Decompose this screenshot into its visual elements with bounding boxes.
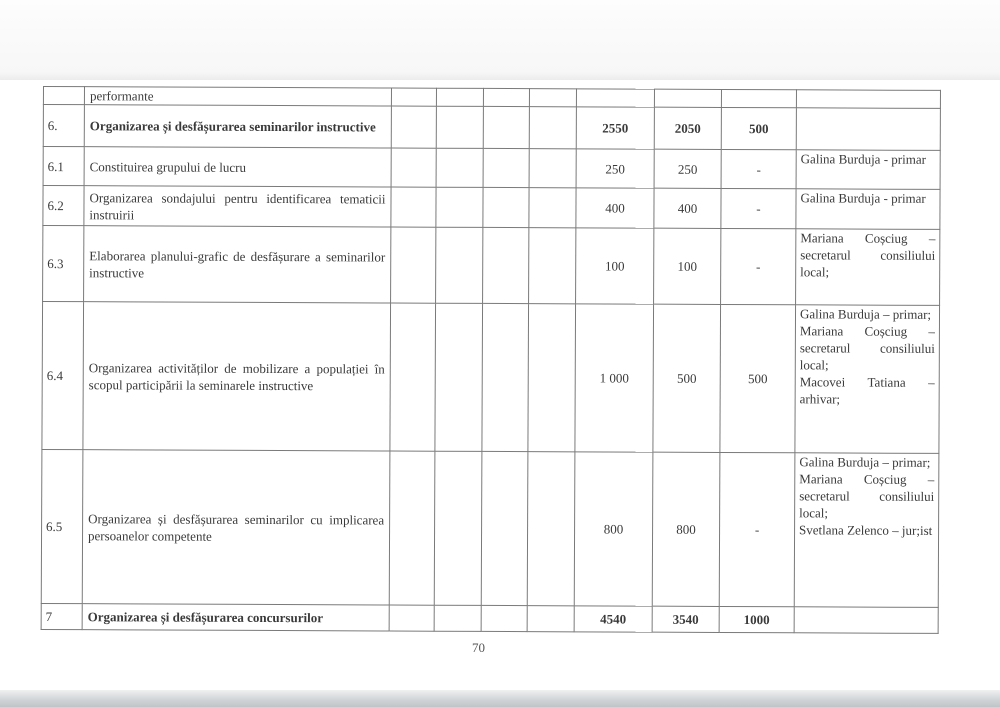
empty-cell [436, 187, 483, 227]
row-number: 6.1 [43, 147, 84, 186]
cost-other-sources: 500 [721, 107, 796, 149]
cost-local-budget: 3540 [652, 606, 719, 632]
responsible-person: Macovei Tatiana – arhivar; [800, 373, 935, 408]
empty-cell [434, 451, 482, 605]
empty-cell [529, 228, 576, 304]
cost-total: 400 [576, 188, 654, 228]
action-plan-table: performante6.Organizarea și desfășurarea… [41, 86, 941, 634]
responsible-persons [796, 90, 940, 109]
responsible-persons: Mariana Coșciug – secretarul consiliului… [796, 229, 940, 306]
cost-total: 4540 [574, 606, 652, 632]
empty-cell [528, 304, 576, 452]
empty-cell [481, 451, 528, 605]
row-number: 6.4 [42, 302, 84, 450]
responsible-person: Mariana Coșciug – secretarul consiliului… [799, 470, 934, 522]
scan-bottom-edge [0, 690, 1000, 707]
responsible-persons [794, 607, 938, 634]
empty-cell [391, 106, 436, 148]
row-number: 6.5 [41, 449, 83, 603]
table-row: 6.4Organizarea activităților de mobiliza… [42, 302, 940, 454]
empty-cell [436, 106, 483, 148]
cost-other-sources: - [721, 228, 796, 304]
cost-total: 100 [576, 228, 654, 304]
responsible-person: Mariana Coșciug – secretarul consiliului… [800, 322, 935, 374]
empty-cell [391, 148, 436, 187]
empty-cell [527, 452, 575, 606]
table-row: 7Organizarea și desfășurarea concursuril… [41, 603, 938, 633]
cost-local-budget: 400 [654, 188, 721, 228]
responsible-persons: Galina Burduja – primar;Mariana Coșciug … [794, 453, 939, 608]
row-number: 6.2 [43, 186, 84, 226]
cost-local-budget [654, 89, 721, 107]
empty-cell [436, 148, 483, 187]
empty-cell [527, 606, 574, 632]
activity-description: Organizarea și desfășurarea seminarilor … [82, 450, 390, 605]
row-number: 6.3 [43, 226, 84, 302]
cost-other-sources: - [719, 452, 795, 606]
table-row: 6.5Organizarea și desfășurarea seminaril… [41, 449, 939, 607]
empty-cell [391, 88, 436, 106]
empty-cell [435, 303, 483, 451]
empty-cell [529, 89, 576, 107]
empty-cell [529, 149, 576, 188]
row-number: 6. [43, 105, 84, 147]
empty-cell [436, 227, 483, 303]
page-number: 70 [472, 640, 485, 656]
empty-cell [481, 605, 527, 631]
empty-cell [483, 187, 529, 227]
responsible-person: Galina Burduja – primar; [799, 453, 934, 471]
responsible-persons: Galina Burduja - primar [796, 189, 940, 230]
row-number [43, 87, 84, 105]
cost-other-sources: - [721, 188, 796, 228]
responsible-person: Galina Burduja – primar; [800, 305, 935, 323]
cost-total: 1 000 [575, 304, 654, 452]
responsible-persons: Galina Burduja - primar [796, 150, 940, 190]
cost-local-budget: 2050 [654, 107, 721, 149]
responsible-person: Mariana Coșciug – secretarul consiliului… [800, 229, 935, 281]
cost-local-budget: 250 [654, 149, 721, 188]
responsible-person: Galina Burduja - primar [800, 189, 935, 207]
empty-cell [483, 148, 529, 187]
responsible-person: Svetlana Zelenco – jur;ist [799, 521, 934, 539]
empty-cell [482, 303, 529, 451]
empty-cell [434, 605, 481, 631]
cost-total: 800 [574, 452, 653, 606]
cost-other-sources: 500 [720, 304, 796, 452]
cost-other-sources: 1000 [719, 606, 794, 632]
table-row: 6.3Elaborarea planului-grafic de desfășu… [43, 226, 940, 306]
empty-cell [483, 88, 529, 106]
empty-cell [391, 187, 436, 227]
activity-description: Elaborarea planului-grafic de desfășurar… [84, 226, 391, 303]
cost-other-sources: - [721, 149, 796, 188]
table-row: 6.2Organizarea sondajului pentru identif… [43, 186, 940, 230]
empty-cell [483, 106, 529, 148]
cost-local-budget: 800 [652, 452, 720, 606]
table-row: 6.1Constituirea grupului de lucru250250-… [43, 147, 940, 190]
empty-cell [391, 227, 436, 303]
activity-description: Organizarea și desfășurarea concursurilo… [82, 604, 389, 631]
empty-cell [389, 451, 435, 605]
activity-description: Organizarea și desfășurarea seminarilor … [84, 105, 391, 148]
cost-total [576, 89, 654, 107]
cost-total: 2550 [576, 107, 654, 149]
cost-local-budget: 100 [654, 228, 721, 304]
activity-description: Organizarea activităților de mobilizare … [83, 302, 391, 451]
activity-description: Organizarea sondajului pentru identifica… [84, 186, 391, 227]
empty-cell [390, 303, 436, 451]
responsible-persons [796, 108, 940, 151]
empty-cell [529, 107, 576, 149]
empty-cell [389, 605, 434, 631]
empty-cell [483, 227, 529, 303]
responsible-persons: Galina Burduja – primar;Mariana Coșciug … [795, 305, 940, 454]
activity-description: performante [84, 87, 391, 106]
empty-cell [529, 188, 576, 228]
scan-top-margin [0, 0, 1000, 80]
cost-local-budget: 500 [653, 304, 721, 452]
table-row: 6.Organizarea și desfășurarea seminarilo… [43, 105, 940, 151]
responsible-person: Galina Burduja - primar [801, 150, 936, 168]
cost-total: 250 [576, 149, 654, 188]
empty-cell [436, 88, 483, 106]
activity-description: Constituirea grupului de lucru [84, 147, 391, 187]
cost-other-sources [721, 89, 796, 107]
row-number: 7 [41, 603, 82, 629]
